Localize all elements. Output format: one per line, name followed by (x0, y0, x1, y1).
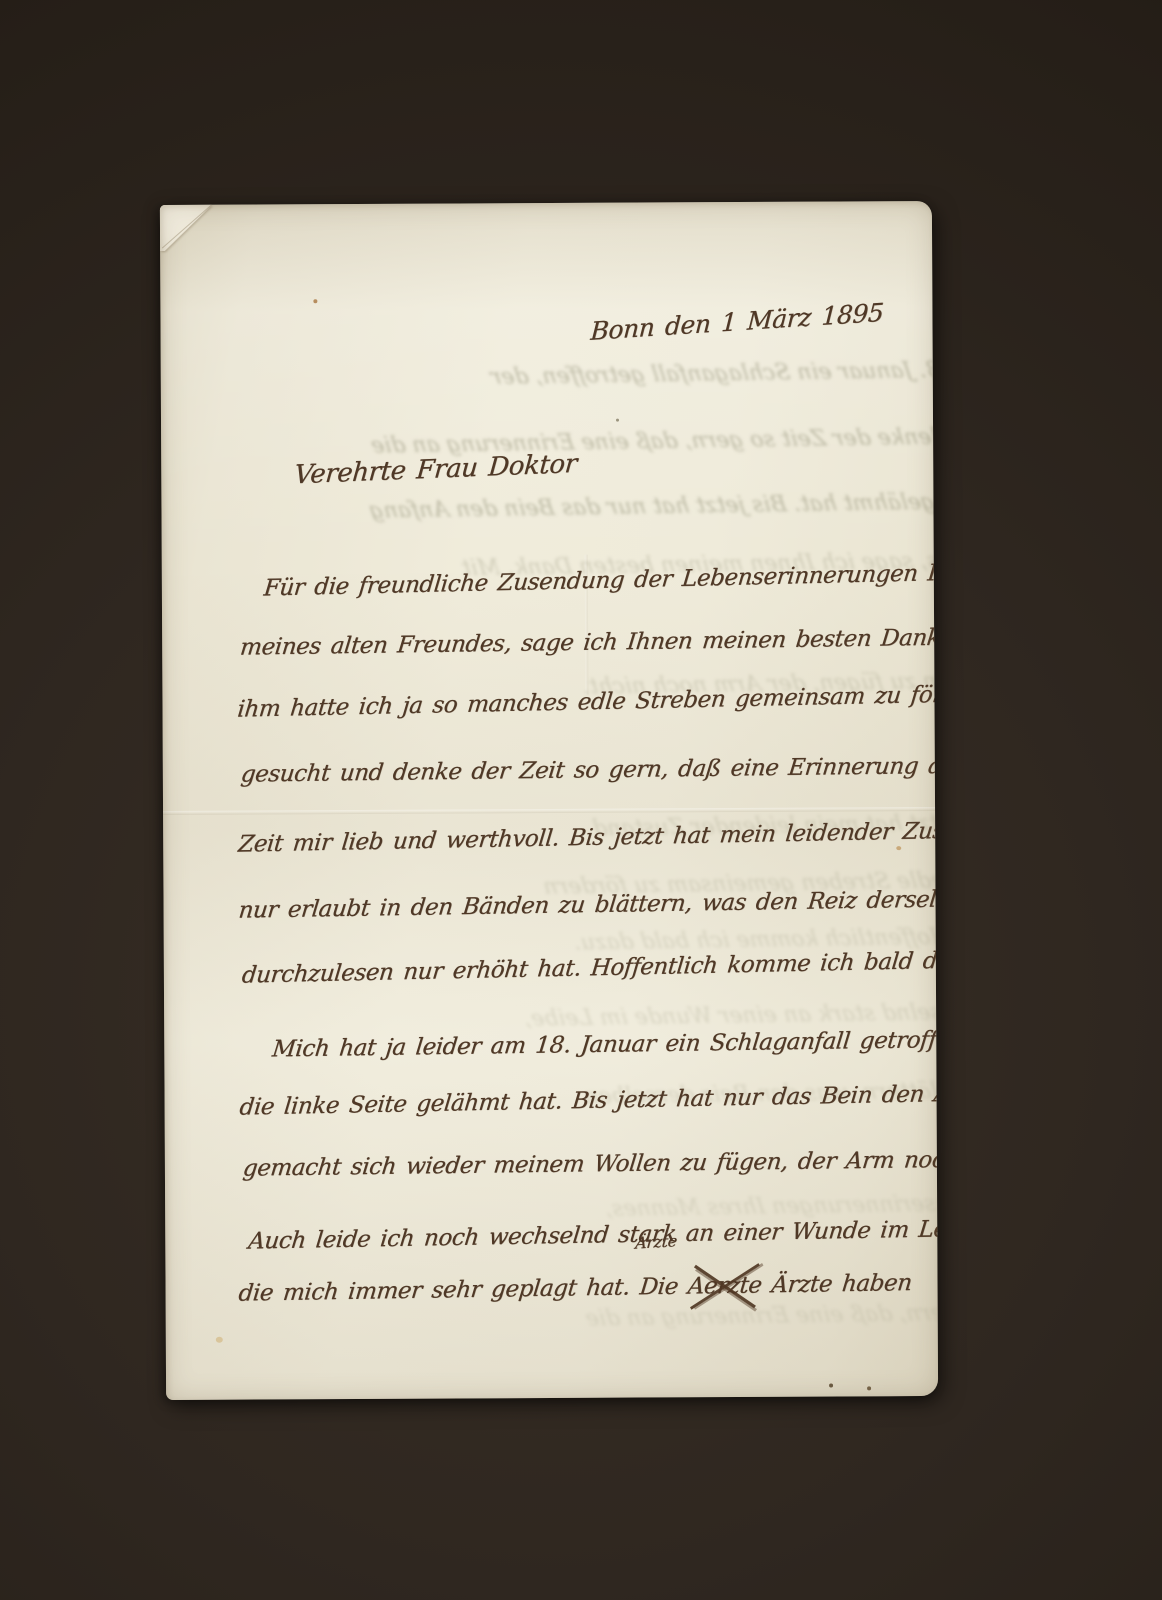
letter-line: Mich hat ja leider am 18. Januar ein Sch… (271, 1026, 938, 1062)
foxing-spot (616, 419, 619, 422)
salutation: Verehrte Frau Doktor (293, 449, 578, 490)
ink-showthrough: Auch leide ich noch wechselnd stark an e… (522, 996, 938, 1032)
inserted-correction-word: Ärzte (635, 1231, 678, 1253)
letter-text-after: Ärzte haben (760, 1270, 913, 1298)
letter-line: gemacht sich wieder meinem Wollen zu füg… (241, 1146, 938, 1182)
letter-line: Auch leide ich noch wechselnd stark an e… (247, 1216, 938, 1255)
letter-line-with-correction: die mich immer sehr geplagt hat. Die Aer… (237, 1270, 913, 1307)
letter-line: nur erlaubt in den Bänden zu blättern, w… (237, 886, 938, 924)
letter-line: meines alten Freundes, sage ich Ihnen me… (239, 624, 938, 661)
letter-line: Zeit mir lieb und werthvoll. Bis jetzt h… (237, 817, 938, 858)
foxing-spot (829, 1384, 833, 1388)
foxing-spot (216, 1337, 223, 1343)
letter-text-before: die mich immer sehr geplagt hat. Die (237, 1274, 689, 1307)
ink-showthrough: gesucht und denke der Zeit so gern, daß … (584, 1295, 938, 1331)
foxing-spot (313, 299, 317, 303)
foxing-spot (896, 846, 901, 850)
foxing-spot (867, 1386, 871, 1390)
dateline: Bonn den 1 März 1895 (590, 298, 885, 346)
crossed-out-word: Aerzte (686, 1272, 763, 1299)
ink-showthrough: die linke Seite gelähmt hat. Bis jetzt h… (368, 487, 938, 523)
ink-showthrough: Für die freundliche Zusendung der Lebens… (603, 1184, 938, 1221)
letter-line: gesucht und denke der Zeit so gern, daß … (239, 752, 938, 787)
photo-background: Mich hat ja leider am 18. Januar ein Sch… (0, 0, 1162, 1600)
letter-page: Mich hat ja leider am 18. Januar ein Sch… (160, 201, 938, 1400)
ink-showthrough: Mich hat ja leider am 18. Januar ein Sch… (489, 354, 938, 390)
